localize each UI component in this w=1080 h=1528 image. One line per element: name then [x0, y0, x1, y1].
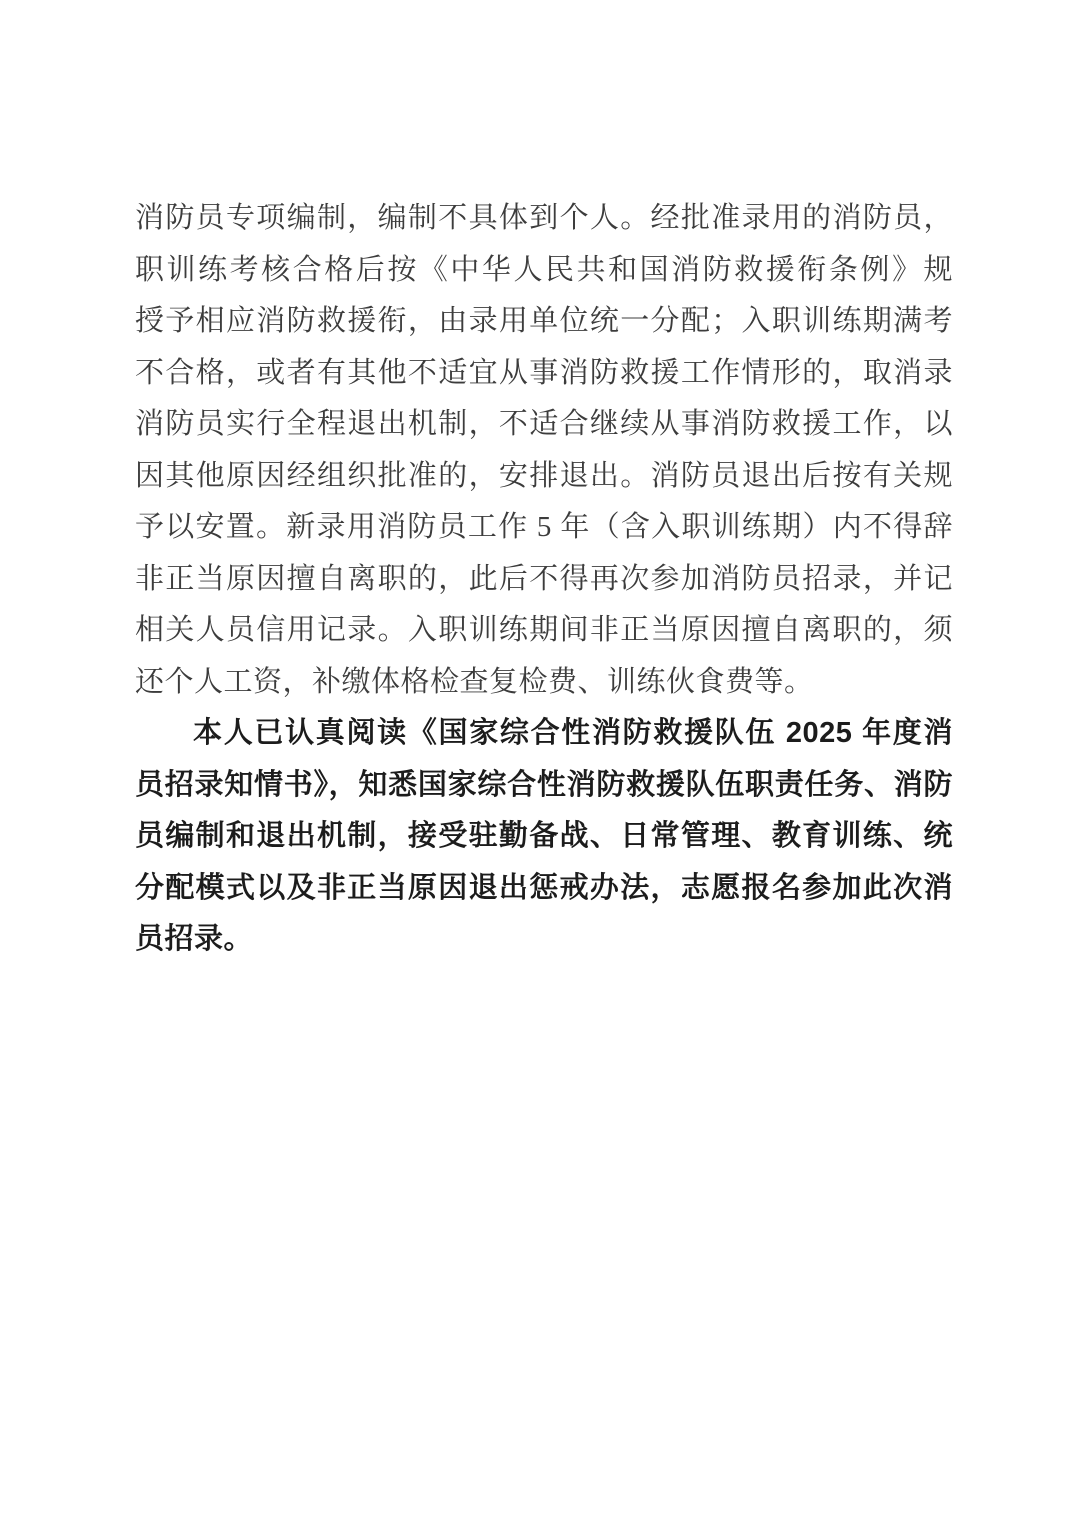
text-line: 员招录知情书》，知悉国家综合性消防救援队伍职责任务、消防	[135, 760, 953, 812]
document-page: 消防员专项编制，编制不具体到个人。经批准录用的消防员，入 职训练考核合格后按《中…	[0, 0, 1080, 1528]
text-line: 员招录。	[135, 914, 953, 966]
text-line: 不合格，或者有其他不适宜从事消防救援工作情形的，取消录用。	[135, 348, 953, 400]
paragraph-recruitment-policy: 消防员专项编制，编制不具体到个人。经批准录用的消防员，入 职训练考核合格后按《中…	[135, 193, 953, 708]
text-line: 消防员实行全程退出机制，不适合继续从事消防救援工作，以及	[135, 399, 953, 451]
text-line: 相关人员信用记录。入职训练期间非正当原因擅自离职的，须退	[135, 605, 953, 657]
text-line: 非正当原因擅自离职的，此后不得再次参加消防员招录，并记入	[135, 554, 953, 606]
text-line: 授予相应消防救援衔，由录用单位统一分配；入职训练期满考核	[135, 296, 953, 348]
text-line: 分配模式以及非正当原因退出惩戒办法，志愿报名参加此次消防	[135, 863, 953, 915]
text-line: 还个人工资，补缴体格检查复检费、训练伙食费等。	[135, 657, 953, 709]
document-text-block: 消防员专项编制，编制不具体到个人。经批准录用的消防员，入 职训练考核合格后按《中…	[135, 193, 953, 966]
text-line: 予以安置。新录用消防员工作 5 年（含入职训练期）内不得辞职，	[135, 502, 953, 554]
text-line: 员编制和退出机制，接受驻勤备战、日常管理、教育训练、统一	[135, 811, 953, 863]
text-line: 职训练考核合格后按《中华人民共和国消防救援衔条例》规定，	[135, 245, 953, 297]
paragraph-applicant-declaration: 本人已认真阅读《国家综合性消防救援队伍 2025 年度消防 员招录知情书》，知悉…	[135, 708, 953, 966]
text-line: 消防员专项编制，编制不具体到个人。经批准录用的消防员，入	[135, 193, 953, 245]
text-line: 因其他原因经组织批准的，安排退出。消防员退出后按有关规定	[135, 451, 953, 503]
text-line: 本人已认真阅读《国家综合性消防救援队伍 2025 年度消防	[135, 708, 953, 760]
